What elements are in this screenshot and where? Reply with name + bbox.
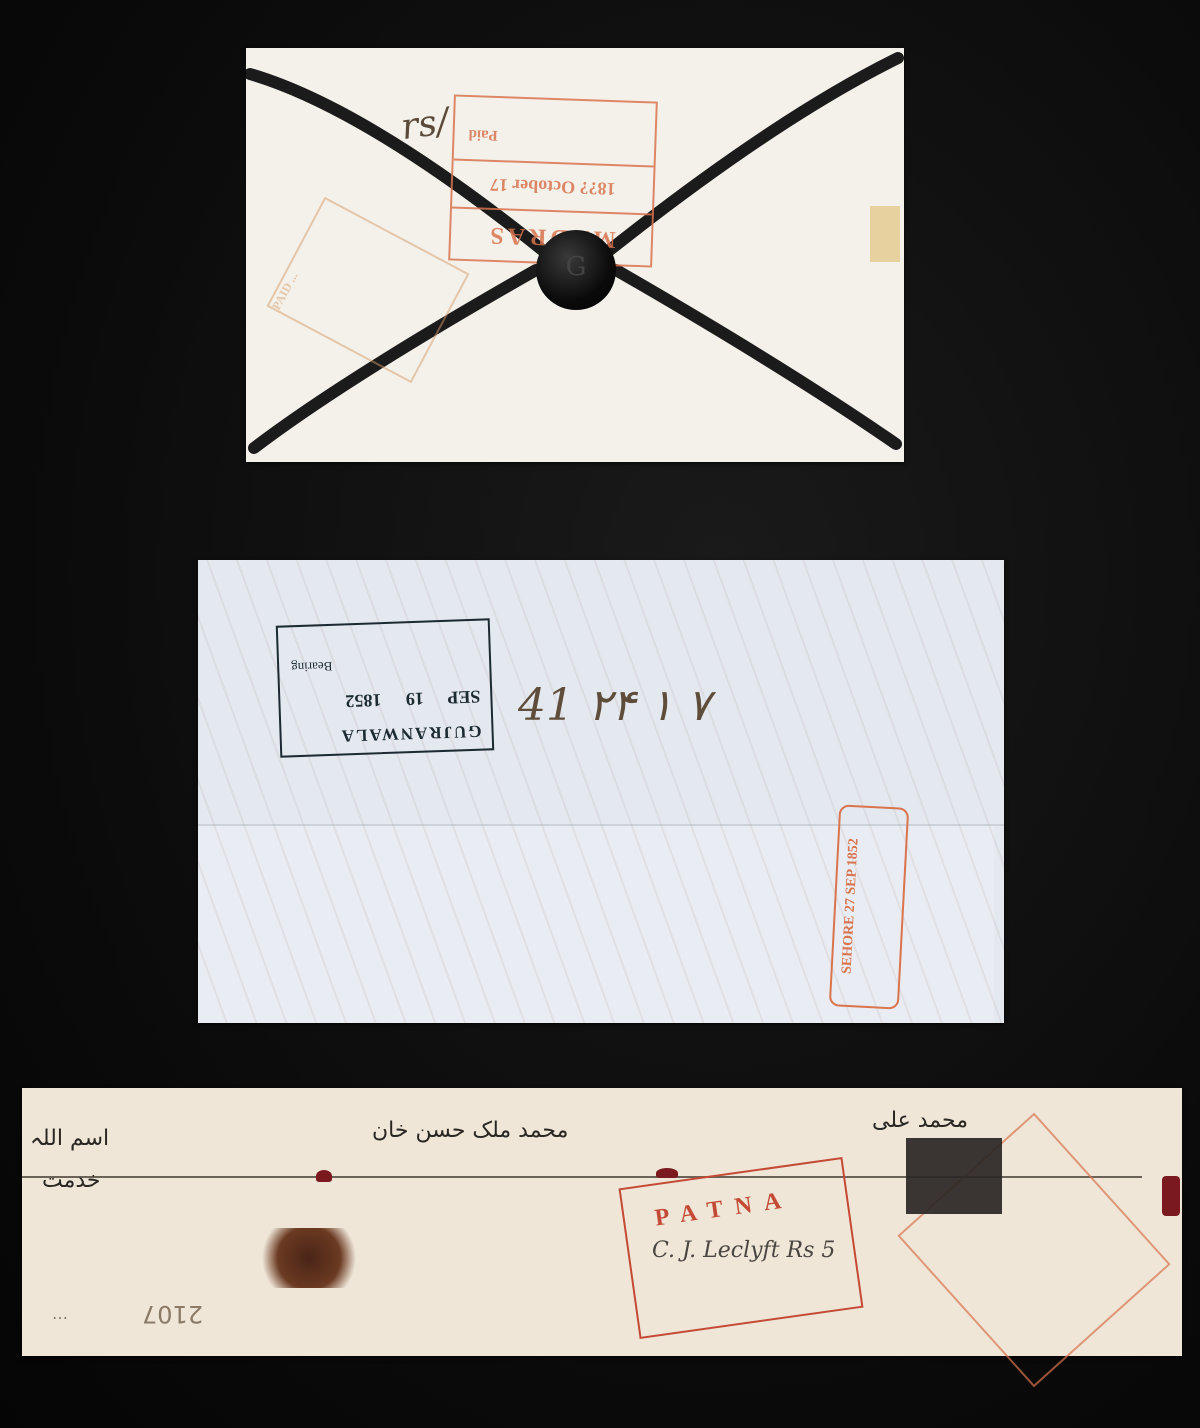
- postmark-town: PATNA: [653, 1186, 795, 1232]
- red-wax-spot: [656, 1168, 678, 1178]
- postmark-bearing: Bearing: [291, 658, 333, 675]
- red-wax-spot: [316, 1170, 332, 1182]
- pencil-note: 2107: [142, 1300, 203, 1328]
- persian-address-line: محمد علی: [872, 1108, 968, 1133]
- gujranwala-folded-letter: GUJRANWALA SEP 19 1852 Bearing 41 ۲۴ ۱ ۷…: [198, 560, 1004, 1023]
- paper-stain: [870, 206, 900, 262]
- persian-address-line: خدمت: [42, 1168, 101, 1193]
- postmark-town: GUJRANWALA: [339, 721, 481, 746]
- ink-blot: [254, 1228, 364, 1288]
- postmark-date: 18?? October 17: [452, 159, 654, 214]
- patna-native-cover: محمد ملک حسن خان اسم اللہ خدمت محمد علی …: [22, 1088, 1182, 1356]
- black-wax-seal: G: [536, 230, 616, 310]
- manuscript-leclyft: C. J. Leclyft Rs 5: [652, 1238, 835, 1263]
- postmark-date: SEP 19 1852: [345, 686, 481, 712]
- persian-address-line: محمد ملک حسن خان: [372, 1118, 568, 1143]
- persian-seal-impression: [906, 1138, 1002, 1214]
- postmark-text: SEHORE 27 SEP 1852: [837, 813, 901, 1002]
- seal-monogram: G: [536, 252, 616, 282]
- manuscript-notation: rs/: [398, 101, 451, 148]
- sehore-postmark: SEHORE 27 SEP 1852: [829, 804, 909, 1009]
- pencil-note: …: [52, 1304, 68, 1323]
- red-wax-spot: [1162, 1176, 1180, 1216]
- gujranwala-postmark: GUJRANWALA SEP 19 1852 Bearing: [276, 618, 494, 757]
- manuscript-numerals: 41 ۲۴ ۱ ۷: [518, 680, 710, 731]
- madras-mourning-envelope: MADRAS 18?? October 17 Paid PAID ... rs/…: [246, 48, 904, 462]
- postmark-paid: Paid: [454, 109, 656, 166]
- persian-address-line: اسم اللہ: [30, 1126, 109, 1151]
